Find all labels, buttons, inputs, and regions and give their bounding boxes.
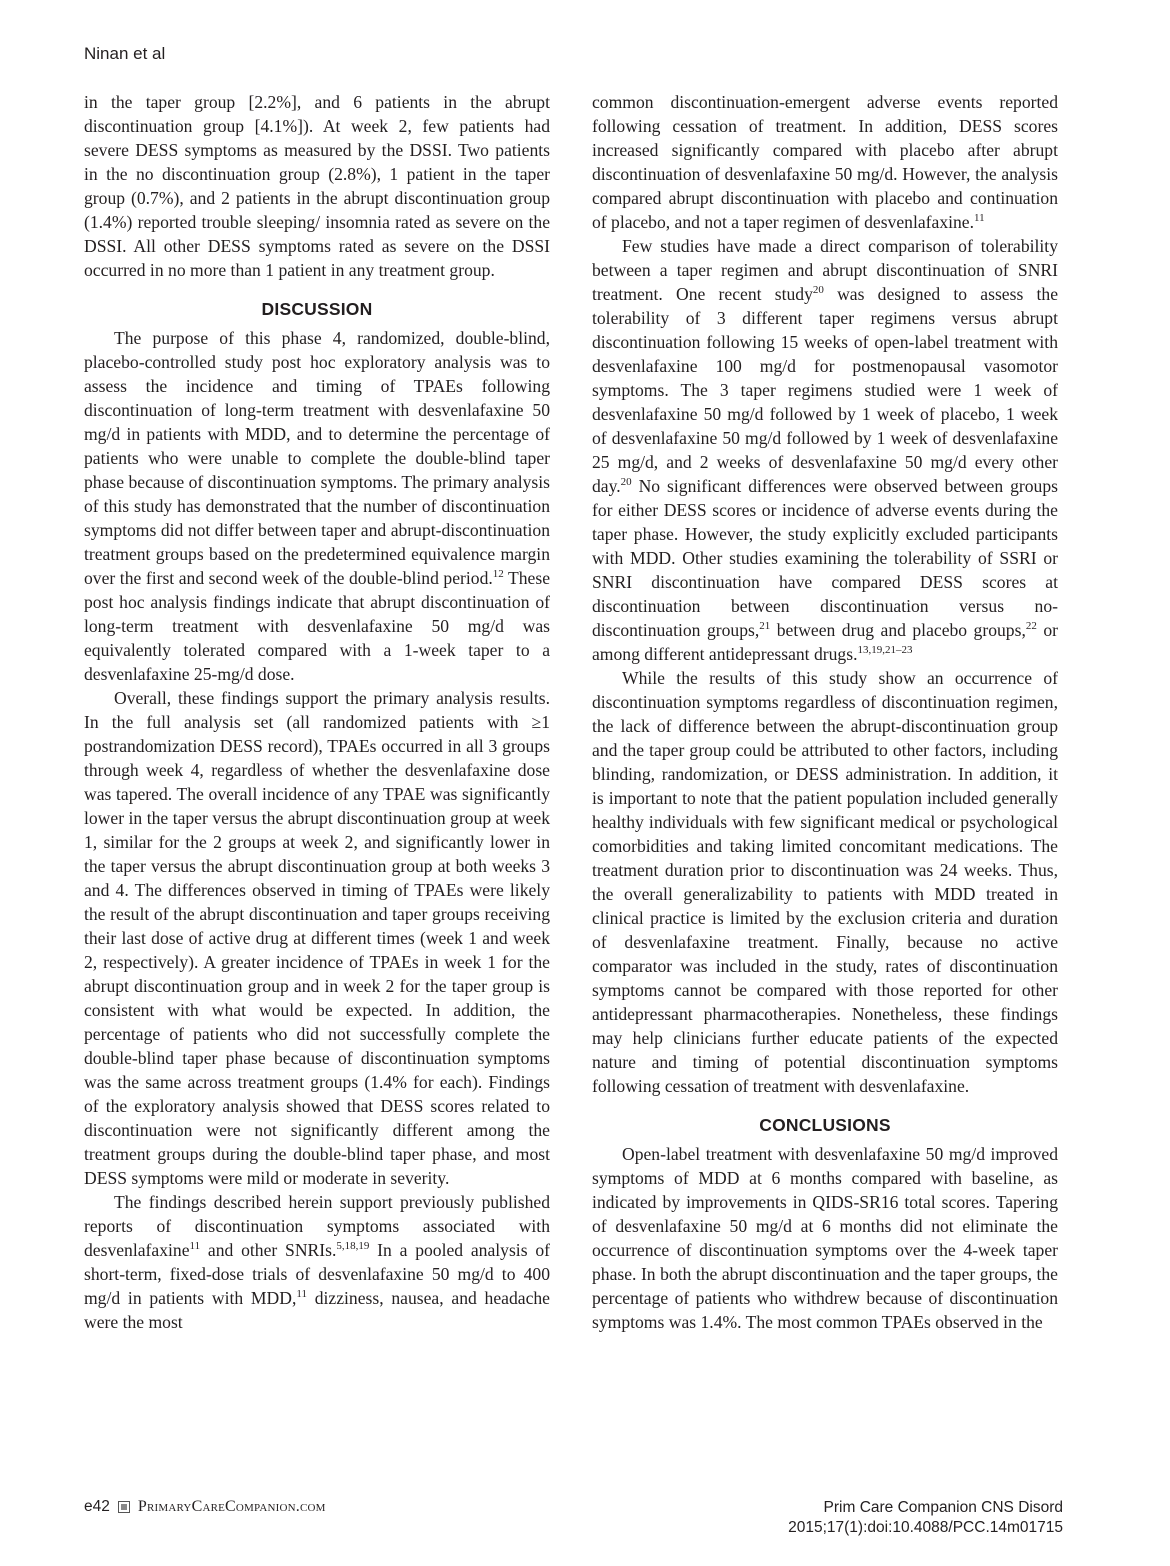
discussion-paragraph-4: Few studies have made a direct compariso… [592,234,1058,666]
discussion-paragraph-2: Overall, these findings support the prim… [84,686,550,1190]
conclusions-paragraph: Open-label treatment with desvenlafaxine… [592,1142,1058,1334]
left-column: in the taper group [2.2%], and 6 patient… [84,90,550,1334]
citation-ref: 22 [1026,620,1037,632]
square-bullet-icon [118,1501,130,1513]
citation-ref: 20 [621,476,632,488]
citation-ref: 5,18,19 [336,1240,369,1252]
citation-ref: 21 [759,620,770,632]
citation-ref: 20 [813,284,824,296]
conclusions-heading: CONCLUSIONS [592,1114,1058,1136]
citation-ref: 11 [296,1288,307,1300]
citation-ref: 11 [974,212,985,224]
discussion-paragraph-1: The purpose of this phase 4, randomized,… [84,326,550,686]
discussion-paragraph-3: The findings described herein support pr… [84,1190,550,1334]
paragraph-continued: common discontinuation-emergent adverse … [592,90,1058,234]
citation-ref: 13,19,21–23 [857,644,912,656]
right-column: common discontinuation-emergent adverse … [592,90,1058,1334]
running-head: Ninan et al [84,44,165,64]
footer-right: Prim Care Companion CNS Disord 2015;17(1… [788,1498,1063,1538]
citation-ref: 12 [493,568,504,580]
site-link[interactable]: PrimaryCareCompanion.com [138,1498,326,1516]
citation-doi: 2015;17(1):doi:10.4088/PCC.14m01715 [788,1518,1063,1538]
journal-name: Prim Care Companion CNS Disord [788,1498,1063,1518]
discussion-heading: DISCUSSION [84,298,550,320]
citation-ref: 11 [190,1240,201,1252]
page-number: e42 [84,1498,110,1516]
footer-left: e42 PrimaryCareCompanion.com [84,1498,326,1516]
discussion-paragraph-5: While the results of this study show an … [592,666,1058,1098]
paragraph-continued: in the taper group [2.2%], and 6 patient… [84,90,550,282]
